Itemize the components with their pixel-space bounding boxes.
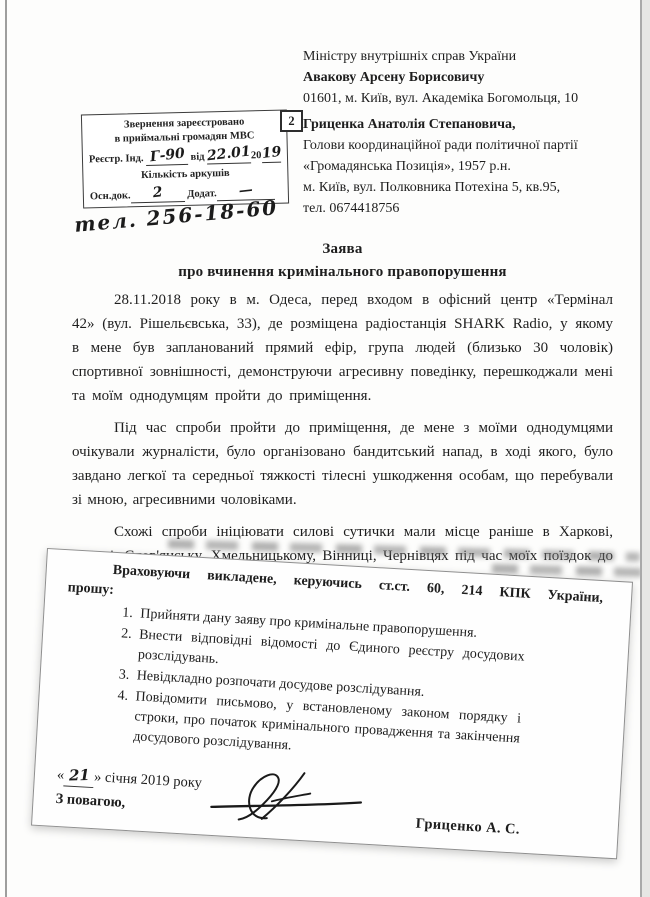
applicant-party: «Громадянська Позиція», 1957 р.н. bbox=[303, 156, 638, 177]
applicant-role: Голови координаційної ради політичної па… bbox=[303, 135, 638, 156]
stamp-reg-value-handwriting: Г-90 bbox=[149, 149, 185, 163]
stamp-year-handwriting: 19 bbox=[261, 147, 281, 159]
recipient-block: Міністру внутрішніх справ України Аваков… bbox=[303, 46, 638, 219]
recipient-address: 01601, м. Київ, вул. Академіка Богомольц… bbox=[303, 88, 638, 109]
stamp-date-line: 22.01 bbox=[207, 148, 251, 164]
stamp-year-printed: 20 bbox=[251, 149, 262, 163]
scan-left-edge bbox=[5, 0, 7, 897]
applicant-phone: тел. 0674418756 bbox=[303, 198, 638, 219]
stamp-attach-handwriting: — bbox=[238, 185, 253, 196]
applicant-name: Гриценка Анатолія Степановича, bbox=[303, 114, 638, 135]
document-title: Заява про вчинення кримінального правопо… bbox=[72, 238, 613, 284]
title-line1: Заява bbox=[72, 238, 613, 261]
scan-right-band bbox=[642, 0, 650, 897]
scan-right-edge bbox=[640, 0, 642, 897]
stamp-reg-value-line: Г-90 bbox=[146, 150, 188, 166]
stamp-year-line: 19 bbox=[261, 148, 281, 163]
date-day-handwriting: 21 bbox=[68, 765, 89, 786]
title-line2: про вчинення кримінального правопорушенн… bbox=[72, 261, 613, 284]
scanned-page-2: Враховуючи викладене, керуючись ст.ст. 6… bbox=[31, 548, 633, 859]
paragraph-incident: 28.11.2018 року в м. Одеса, перед входом… bbox=[72, 288, 613, 408]
stamp-registration-row: Реєстр. Інд. Г-90 від 22.01 2019 bbox=[89, 148, 281, 168]
petition-list: Прийняти дану заяву про кримінальне прав… bbox=[59, 600, 526, 769]
paragraph-attack: Під час спроби пройти до приміщення, де … bbox=[72, 416, 613, 512]
stamp-maindoc-label: Осн.док. bbox=[90, 189, 131, 204]
stamp-maindoc-line: 2 bbox=[130, 187, 184, 203]
recipient-line: Міністру внутрішніх справ України bbox=[303, 46, 638, 67]
signer-name: Гриценко А. С. bbox=[415, 814, 520, 840]
closing-respectfully: З повагою, bbox=[55, 789, 126, 813]
stamp-reg-label: Реєстр. Інд. bbox=[89, 152, 144, 167]
date-day-line: 21 bbox=[64, 764, 95, 788]
applicant-address: м. Київ, вул. Полковника Потехіна 5, кв.… bbox=[303, 177, 638, 198]
registration-stamp: Звернення зареєстровано в приймальні гро… bbox=[81, 109, 289, 208]
signature-scribble bbox=[205, 765, 373, 830]
page-number-badge: 2 bbox=[280, 110, 303, 132]
stamp-maindoc-handwriting: 2 bbox=[152, 187, 163, 198]
stamp-from-label: від bbox=[190, 151, 204, 165]
stamp-sheets-label: Кількість аркушів bbox=[89, 166, 281, 185]
recipient-name: Авакову Арсену Борисовичу bbox=[303, 67, 638, 88]
stamp-date-handwriting: 22.01 bbox=[207, 147, 252, 162]
